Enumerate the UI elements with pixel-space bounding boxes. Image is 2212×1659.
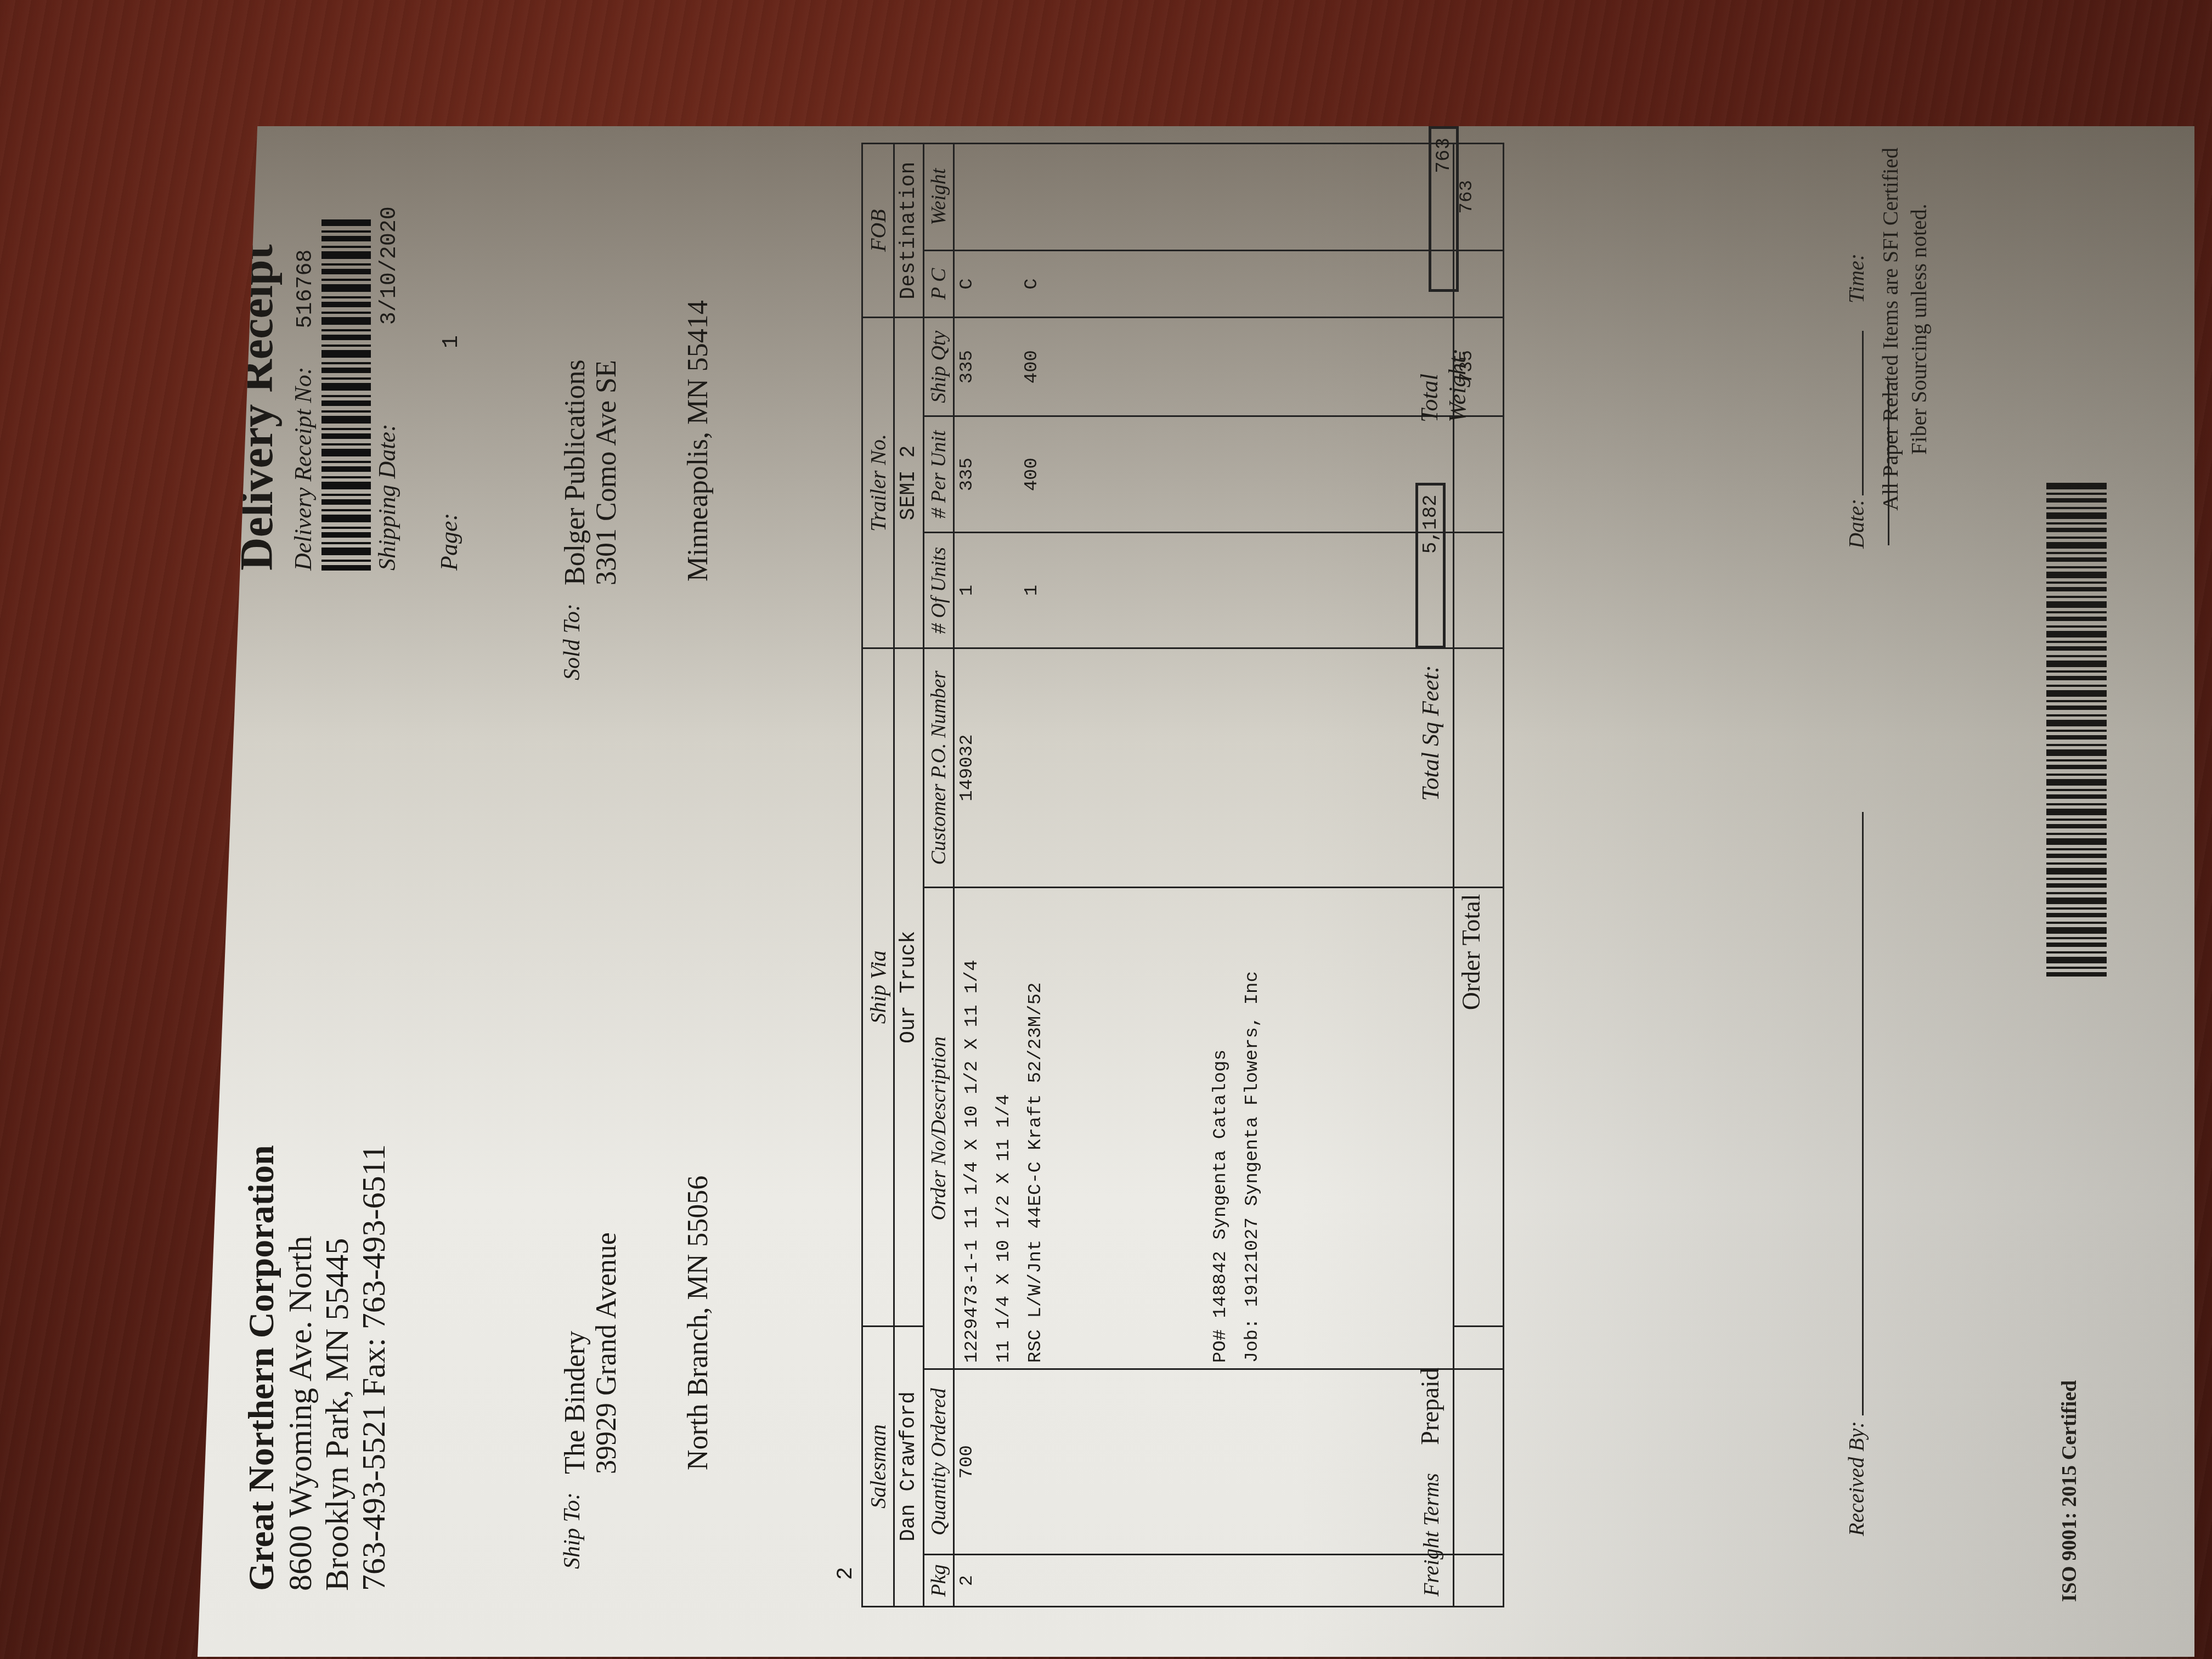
total-weight: Total Weight: 763 [1415,126,1471,422]
ship-to-name: The Bindery [560,1232,591,1474]
desc-line-3: RSC L/W/Jnt 44EC-C Kraft 52/23M/52 [1020,894,1052,1363]
delivery-receipt-sheet: Great Northern Corporation 8600 Wyoming … [198,126,2194,1657]
sfi-notice: All Paper Related Items are SFI Certifie… [1876,121,1933,538]
received-by-signature-line [1846,812,1864,1415]
footer-barcode-icon [2046,483,2107,977]
cell-pkg: 2 [954,1554,1454,1606]
cell-customer-po: 149032 [954,648,1454,888]
table-row: 2 700 1229473-1-1 11 1/4 X 10 1/2 X 11 1… [954,144,1454,1607]
sold-to-address: Sold To: Bolger Publications 3301 Como A… [560,300,714,680]
time-label: Time: [1844,253,1869,303]
col-ship-qty: Ship Qty [924,318,954,416]
trailer-label: Trailer No. [862,318,894,648]
salesman-label: Salesman [862,1326,894,1606]
cell-ship-qty: 335 400 [954,318,1454,416]
shipment-info-values: Dan Crawford Our Truck SEMI 2 Destinatio… [894,144,924,1607]
sold-to-street: 3301 Como Ave SE [591,359,622,585]
cell-weight [954,144,1454,251]
iso-certification: ISO 9001: 2015 Certified [2057,1380,2081,1602]
date-line [1846,331,1864,495]
page-label: Page: [435,513,463,571]
col-customer-po: Customer P.O. Number [924,648,954,888]
ship-to-address: Ship To: The Bindery 39929 Grand Avenue … [560,1176,714,1569]
col-num-units: # Of Units [924,533,954,648]
package-count: 2 [834,1567,859,1580]
salesman-value: Dan Crawford [894,1326,924,1606]
date-label: Date: [1844,499,1869,549]
sold-to-city: Minneapolis, MN 55414 [682,300,714,582]
total-weight-value: 763 [1429,126,1459,292]
sold-to-label: Sold To: [560,592,585,680]
ship-via-value: Our Truck [894,648,924,1326]
trailer-value: SEMI 2 [894,318,924,648]
company-phone-fax: 763-493-5521 Fax: 763-493-6511 [356,1144,392,1591]
receipt-title-block: Delivery Receipt Delivery Receipt No: 51… [230,206,464,571]
company-name: Great Northern Corporation [241,1144,282,1591]
receipt-photo: Great Northern Corporation 8600 Wyoming … [198,60,2212,1651]
column-headers: Pkg Quantity Ordered Order No/Descriptio… [924,144,954,1607]
fob-label: FOB [862,144,894,318]
po-note: PO# 148842 Syngenta Catalogs [1205,894,1237,1363]
col-pkg: Pkg [924,1554,954,1606]
cell-pc: C C [954,250,1454,318]
col-weight: Weight [924,144,954,251]
received-by-label: Received By: [1844,1421,1869,1536]
cell-order-desc: 1229473-1-1 11 1/4 X 10 1/2 X 11 1/4 11 … [954,888,1454,1369]
received-by: Received By: [1843,812,1869,1536]
company-address-1: 8600 Wyoming Ave. North [282,1144,319,1591]
receipt-no: 516768 [294,250,318,329]
order-total-label: Order Total [1454,888,1504,1327]
desc-line-2: 11 1/4 X 10 1/2 X 11 1/4 [989,894,1020,1363]
ship-via-label: Ship Via [862,648,894,1326]
page-number: 1 [439,335,464,348]
company-address-2: Brooklyn Park, MN 55445 [319,1144,356,1591]
line-items-table: Salesman Ship Via Trailer No. FOB Dan Cr… [861,143,1504,1607]
company-header: Great Northern Corporation 8600 Wyoming … [241,1144,392,1591]
cell-per-unit: 335 400 [954,416,1454,533]
col-pc: P C [924,250,954,318]
total-weight-label: Total Weight: [1415,308,1471,422]
cell-qty-ordered: 700 [954,1369,1454,1555]
shipping-date-label: Shipping Date: [373,424,401,571]
col-qty-ordered: Quantity Ordered [924,1369,954,1555]
shipment-info-labels: Salesman Ship Via Trailer No. FOB [862,144,894,1607]
ship-to-label: Ship To: [560,1481,585,1569]
freight-terms: Freight Terms Prepaid [1415,1368,1444,1596]
col-per-unit: # Per Unit [924,416,954,533]
total-sq-feet: Total Sq Feet: 5,182 [1415,483,1446,801]
job-note: Job: 19121027 Syngenta Flowers, Inc [1237,894,1269,1363]
col-order-desc: Order No/Description [924,888,954,1369]
barcode-icon [321,219,371,571]
total-sq-feet-label: Total Sq Feet: [1417,665,1444,801]
freight-terms-value: Prepaid [1416,1368,1444,1445]
total-sq-feet-value: 5,182 [1415,483,1446,648]
shipping-date: 3/10/2020 [377,206,402,325]
cell-num-units: 1 1 [954,533,1454,648]
ship-to-city: North Branch, MN 55056 [682,1176,714,1470]
fob-value: Destination [894,144,924,318]
document-title: Delivery Receipt [230,206,284,571]
sold-to-name: Bolger Publications [560,359,591,585]
ship-to-street: 39929 Grand Avenue [591,1232,622,1474]
receipt-no-label: Delivery Receipt No: [289,367,317,571]
order-no-line: 1229473-1-1 11 1/4 X 10 1/2 X 11 1/4 [957,894,989,1363]
freight-terms-label: Freight Terms [1419,1473,1443,1596]
